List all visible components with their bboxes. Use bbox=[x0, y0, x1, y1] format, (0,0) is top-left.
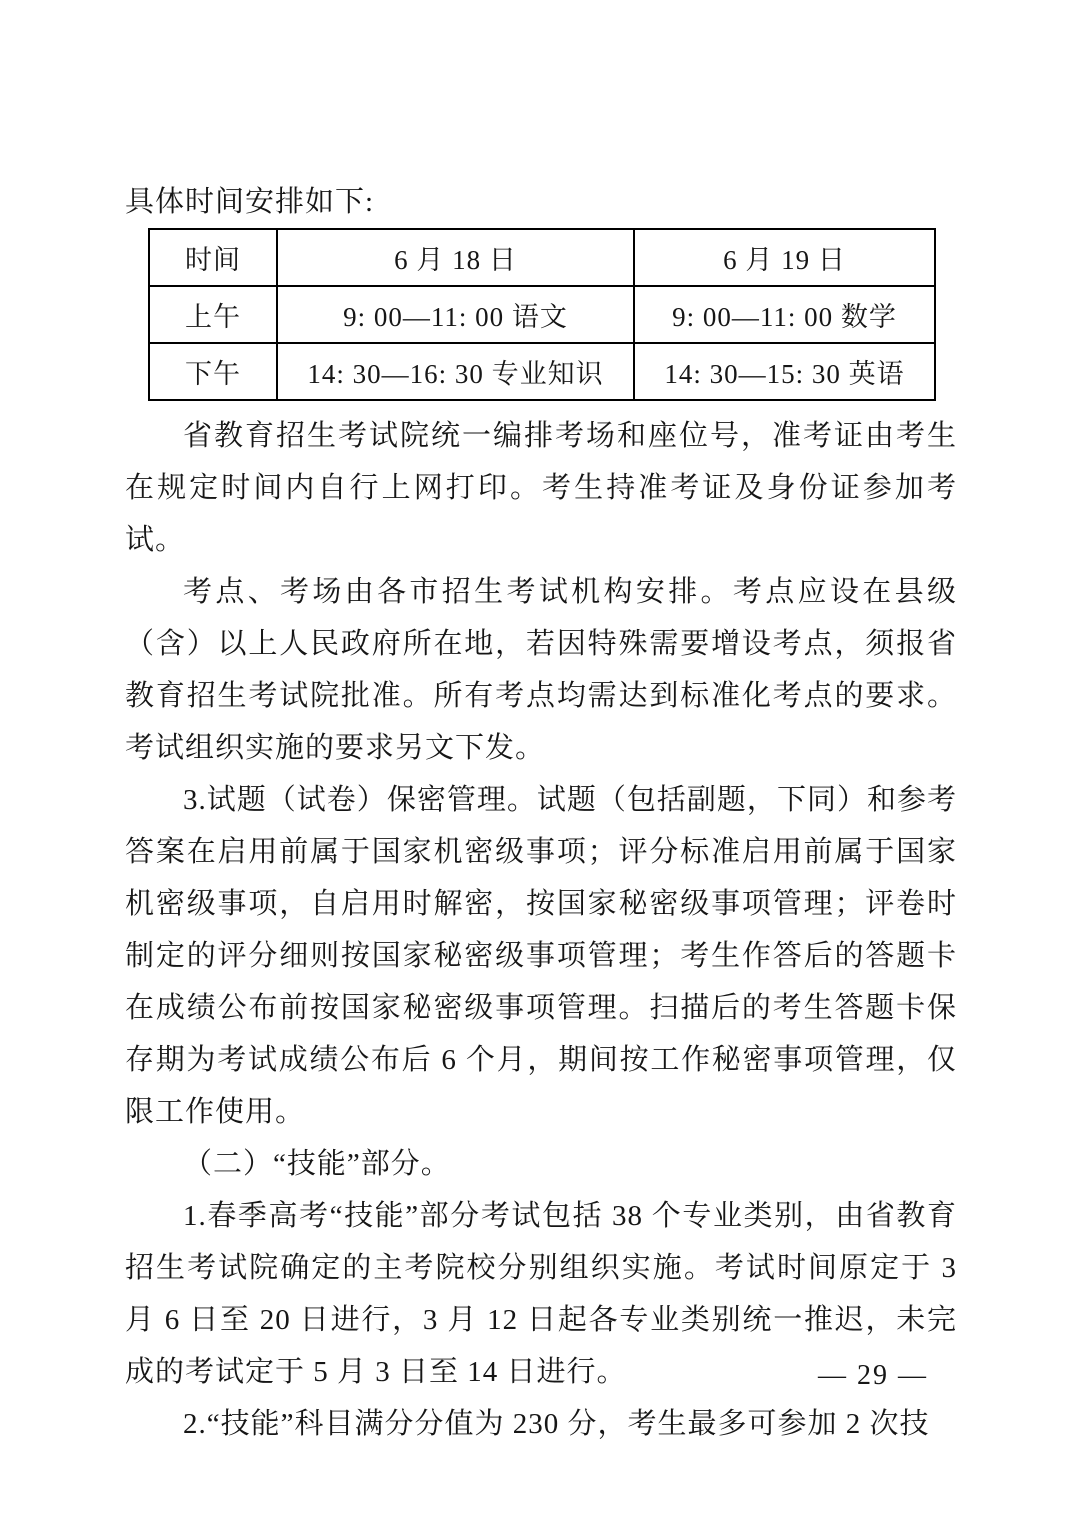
header-cell-june19: 6 月 19 日 bbox=[634, 229, 935, 286]
paragraph-exam-sites: 考点、考场由各市招生考试机构安排。考点应设在县级（含）以上人民政府所在地，若因特… bbox=[125, 566, 957, 774]
body-paragraphs: 省教育招生考试院统一编排考场和座位号，准考证由考生在规定时间内自行上网打印。考生… bbox=[125, 410, 957, 1450]
table-header-row: 时间 6 月 18 日 6 月 19 日 bbox=[149, 229, 935, 286]
page-content: 具体时间安排如下: 时间 6 月 18 日 6 月 19 日 上午 9: 00—… bbox=[125, 176, 957, 1450]
cell-morning-june19: 9: 00—11: 00 数学 bbox=[634, 286, 935, 343]
section-heading-skills: （二）“技能”部分。 bbox=[125, 1138, 957, 1190]
paragraph-admission-ticket: 省教育招生考试院统一编排考场和座位号，准考证由考生在规定时间内自行上网打印。考生… bbox=[125, 410, 957, 566]
exam-schedule-table: 时间 6 月 18 日 6 月 19 日 上午 9: 00—11: 00 语文 … bbox=[148, 228, 936, 401]
intro-line: 具体时间安排如下: bbox=[125, 176, 957, 228]
header-cell-time: 时间 bbox=[149, 229, 277, 286]
header-cell-june18: 6 月 18 日 bbox=[277, 229, 634, 286]
cell-afternoon-label: 下午 bbox=[149, 343, 277, 400]
table-row-morning: 上午 9: 00—11: 00 语文 9: 00—11: 00 数学 bbox=[149, 286, 935, 343]
paragraph-skills-score: 2.“技能”科目满分分值为 230 分，考生最多可参加 2 次技 bbox=[125, 1398, 957, 1450]
cell-afternoon-june18: 14: 30—16: 30 专业知识 bbox=[277, 343, 634, 400]
document-page: 具体时间安排如下: 时间 6 月 18 日 6 月 19 日 上午 9: 00—… bbox=[0, 0, 1080, 1527]
cell-morning-label: 上午 bbox=[149, 286, 277, 343]
paragraph-confidentiality: 3.试题（试卷）保密管理。试题（包括副题，下同）和参考答案在启用前属于国家机密级… bbox=[125, 774, 957, 1138]
cell-afternoon-june19: 14: 30—15: 30 英语 bbox=[634, 343, 935, 400]
page-number: — 29 — bbox=[818, 1360, 928, 1392]
cell-morning-june18: 9: 00—11: 00 语文 bbox=[277, 286, 634, 343]
table-row-afternoon: 下午 14: 30—16: 30 专业知识 14: 30—15: 30 英语 bbox=[149, 343, 935, 400]
